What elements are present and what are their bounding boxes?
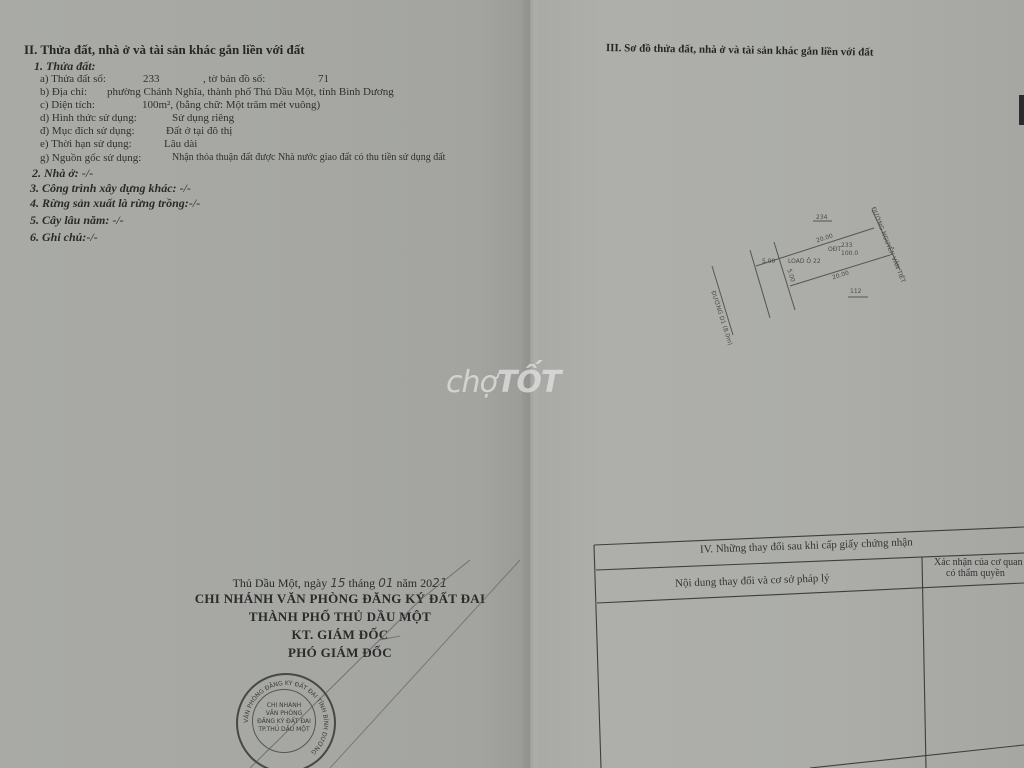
chotot-watermark: chợTỐT xyxy=(446,365,560,400)
changes-col-confirmation: Xác nhận của cơ quan có thẩm quyền xyxy=(934,557,1023,579)
